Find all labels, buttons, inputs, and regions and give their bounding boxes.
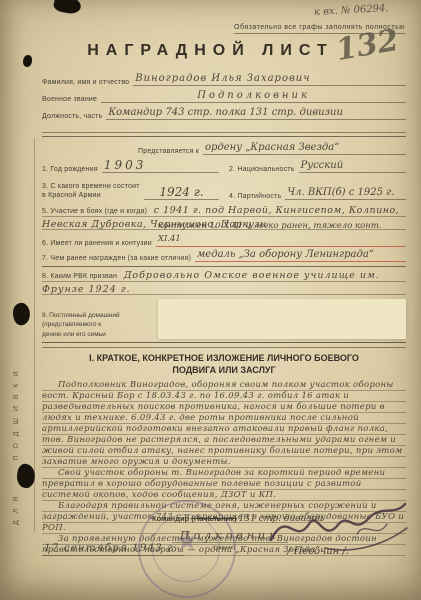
citation-paragraph: Подполковник Виноградов, обороняя своим … [42, 380, 406, 468]
field-name-value: Виноградов Илья Захарович [133, 72, 406, 86]
field-birth-year-value: 1903 [102, 159, 219, 173]
field-combat-participation-label: 5. Участие в боях (где и когда) [42, 208, 151, 215]
field-drafted-by-label: 8. Каким РВК призван [42, 273, 121, 280]
field-nominated-for-value: ордену „Красная Звезда“ [203, 141, 406, 155]
field-party-membership-value: Чл. ВКП(б) с 1925 г. [285, 186, 406, 200]
field-in-red-army-since-value: 1924 г. [144, 186, 219, 200]
field-nationality: 2. Национальность Русский [229, 157, 406, 173]
field-drafted-by: 8. Каким РВК призван Добровольно Омское … [42, 269, 406, 296]
field-wounds: 6. Имеет ли ранения и контузии контужен … [42, 232, 406, 247]
field-wounds-value: контужен 10.X.41 и легко ранен, тяжело к… [156, 220, 406, 247]
field-home-address: 9. Постоянный домашний (представляемого … [42, 299, 406, 339]
field-name-label: Фамилия, имя и отчество [42, 79, 133, 86]
signer-name: / Песочин /. [287, 546, 349, 557]
award-sheet-document: ДЛЯ ПОДШИВКИ к вх. № 06294. Обязательно … [0, 0, 421, 600]
chief-label-struck: (Начальник) [191, 514, 236, 523]
field-position: Должность, часть Командир 743 стр. полка… [42, 103, 406, 120]
field-nominated-for-label: Представляется к [138, 148, 203, 155]
home-address-label-line3: дению или его семьи [42, 330, 158, 339]
field-party-membership: 4. Партийность Чл. ВКП(б) с 1925 г. [229, 176, 406, 200]
citation-paragraph: Свой участок обороны т. Виноградов за ко… [42, 468, 406, 501]
fields-row-3-4: 3. С какого времени состоит в Красной Ар… [42, 176, 406, 200]
section1-title: I. КРАТКОЕ, КОНКРЕТНОЕ ИЗЛОЖЕНИЕ ЛИЧНОГО… [70, 352, 378, 376]
form-fields: Фамилия, имя и отчество Виноградов Илья … [42, 68, 406, 556]
commander-label: Командир [152, 514, 189, 523]
home-address-label-line2: (представляемого к [42, 320, 158, 329]
field-position-value: Командир 743 стр. полка 131 стр. дивизии [106, 106, 406, 120]
field-in-red-army-since-label: 3. С какого времени состоит в Красной Ар… [42, 182, 144, 200]
field-home-address-label: 9. Постоянный домашний (представляемого … [42, 311, 158, 339]
double-rule-separator [42, 342, 406, 348]
empty-ruled-line [42, 132, 406, 133]
fields-row-1-2: 1. Год рождения 1903 2. Национальность Р… [42, 157, 406, 173]
field-wounds-label: 6. Имеет ли ранения и контузии [42, 240, 156, 247]
signature-block: Командир (Начальник) 131 стр. дивизии По… [42, 512, 407, 582]
section-separator [42, 136, 406, 137]
field-nationality-label: 2. Национальность [229, 166, 299, 173]
field-previous-awards-value: медаль „За оборону Ленинграда“ [195, 248, 406, 262]
field-name: Фамилия, имя и отчество Виноградов Илья … [42, 68, 406, 86]
home-address-redaction-block [158, 299, 406, 339]
field-rank: Военное звание Подполковник [42, 86, 406, 103]
field-previous-awards: 7. Чем ранее награжден (за какие отличия… [42, 247, 406, 262]
field-nominated-for: Представляется к ордену „Красная Звезда“ [42, 139, 406, 155]
filing-margin-note: ДЛЯ ПОДШИВКИ [13, 150, 20, 525]
paper-damage-spot [53, 0, 83, 16]
home-address-label-line1: 9. Постоянный домашний [42, 311, 158, 320]
field-position-continuation [42, 120, 406, 133]
field-previous-awards-label: 7. Чем ранее награжден (за какие отличия… [42, 255, 195, 262]
field-rank-value: Подполковник [101, 89, 406, 103]
field-party-membership-label: 4. Партийность [229, 193, 285, 200]
field-birth-year: 1. Год рождения 1903 [42, 157, 219, 173]
field-birth-year-label: 1. Год рождения [42, 166, 102, 173]
field-nationality-value: Русский [299, 159, 406, 173]
section-separator [42, 266, 406, 267]
filing-margin-rule [34, 138, 35, 532]
field-rank-label: Военное звание [42, 96, 101, 103]
rank-caption: (звание) [214, 545, 235, 551]
registration-note: к вх. № 06294. [314, 3, 389, 18]
signature-date: 17 сентября 1943 г. [42, 542, 184, 556]
field-position-label: Должность, часть [42, 113, 106, 120]
field-in-red-army-since: 3. С какого времени состоит в Красной Ар… [42, 176, 219, 200]
